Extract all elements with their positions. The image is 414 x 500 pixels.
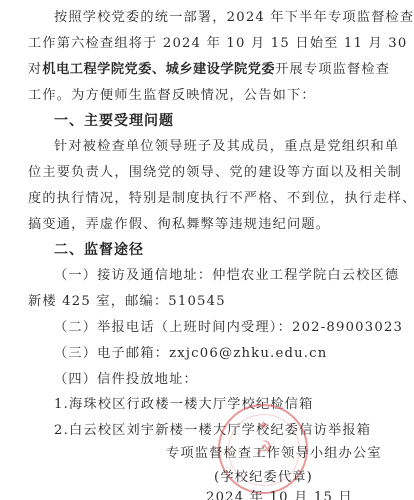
signature-date: 2024 年 10 月 15 日 bbox=[206, 486, 353, 500]
contact-email: （三）电子邮箱：zxjc06@zhku.edu.cn bbox=[54, 346, 394, 362]
text-suffix: 开展专项监督检查 bbox=[275, 62, 390, 77]
bold-target-units: 机电工程学院党委、城乡建设学院党委 bbox=[42, 62, 275, 77]
contact-address: （一）接访及通信地址：仲恺农业工程学院白云校区德 bbox=[54, 268, 394, 284]
seal-star-icon: ★ bbox=[258, 418, 269, 432]
paragraph-line: 搞变通，弄虚作假、徇私舞弊等违规违纪问题。 bbox=[28, 217, 368, 233]
letter-address-label: （四）信件投放地址： bbox=[54, 372, 394, 388]
paragraph-line: 针对被检查单位领导班子及其成员，重点是党组织和单 bbox=[54, 139, 394, 155]
signature-seal-note: (学校纪委代章) bbox=[214, 466, 313, 485]
section-heading-1: 一、主要受理问题 bbox=[54, 113, 394, 129]
paragraph-line: 工作第六检查组将于 2024 年 10 月 15 日始至 11 月 30 日， bbox=[28, 36, 368, 52]
text-prefix: 对 bbox=[28, 62, 42, 77]
signature-office: 专项监督检查工作领导小组办公室 bbox=[166, 442, 382, 461]
paragraph-line: 对机电工程学院党委、城乡建设学院党委开展专项监督检查 bbox=[28, 62, 368, 78]
contact-address-cont: 新楼 425 室，邮编：510545 bbox=[28, 294, 368, 310]
paragraph-line: 按照学校党委的统一部署，2024 年下半年专项监督检查 bbox=[54, 10, 394, 26]
letter-box-1: 1.海珠校区行政楼一楼大厅学校纪检信箱 bbox=[54, 397, 394, 413]
contact-phone: （二）举报电话（上班时间内受理）：202-89003023 bbox=[54, 320, 394, 336]
paragraph-line: 度的执行情况，特别是制度执行不严格、不到位，执行走样、 bbox=[28, 191, 368, 207]
paragraph-line: 工作。为方便师生监督反映情况，公告如下： bbox=[28, 88, 368, 104]
paragraph-line: 位主要负责人，围绕党的领导、党的建设等方面以及相关制 bbox=[28, 165, 368, 181]
section-heading-2: 二、监督途径 bbox=[54, 242, 394, 258]
announcement-document: 按照学校党委的统一部署，2024 年下半年专项监督检查 工作第六检查组将于 20… bbox=[0, 0, 414, 500]
